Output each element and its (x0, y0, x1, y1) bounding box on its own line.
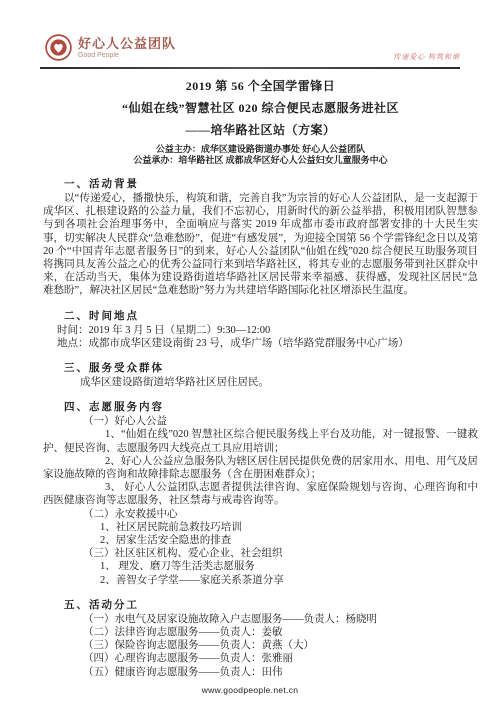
footer-url: www.goodpeople.net.cn (0, 685, 500, 695)
doc-line: （二）永安救援中心 (83, 508, 478, 521)
doc-line: （四）心理咨询志愿服务——负责人：张雅丽 (83, 652, 478, 665)
title-block: 2019 第 56 个全国学雷锋日 “仙姐在线”智慧社区 020 综合便民志愿服… (43, 75, 478, 141)
org-name: 好心人公益团队 Good People (78, 37, 176, 59)
doc-section: 二、时间地点时间：2019 年 3 月 5 日（星期二）9:30—12:00地点… (43, 310, 478, 350)
org-logo: 好心人公益团队 Good People (45, 34, 176, 61)
heart-emblem-icon (45, 34, 72, 61)
doc-line: 地点：成都市成华区建设南街 23 号，成华广场（培华路党群服务中心广场） (57, 337, 478, 350)
doc-line: 以“传递爱心，播撒快乐，构筑和谐，完善自我”为宗旨的好心人公益团队，是一支起源于… (43, 192, 478, 298)
org-name-en: Good People (78, 52, 176, 59)
doc-line: 成华区建设路街道培华路社区居住居民。 (80, 376, 478, 389)
section-heading: 二、时间地点 (64, 310, 478, 324)
header-slogan: 传递爱心 构筑和谐 (393, 52, 460, 62)
organizer-block: 公益主办：成华区建设路街道办事处 好心人公益团队 公益承办：培华路社区 成都成华… (43, 144, 478, 166)
doc-line: （三）社区驻区机构、爱心企业、社会组织 (83, 547, 478, 560)
doc-line: 1、 理发、磨刀等生活类志愿服务 (100, 560, 478, 573)
doc-title-line1: 2019 第 56 个全国学雷锋日 (43, 75, 478, 97)
doc-section: 五、活动分工（一）水电气及居家设施故障入户志愿服务——负责人：杨晓明（二）法律咨… (43, 599, 478, 679)
doc-line: （五）健康咨询志愿服务——负责人：田伟 (83, 666, 478, 679)
organizer-host: 公益主办：成华区建设路街道办事处 好心人公益团队 (43, 144, 478, 155)
doc-line: 1、社区居民院前急救技巧培训 (100, 521, 478, 534)
doc-line: （二）法律咨询志愿服务——负责人：姜敏 (83, 626, 478, 639)
doc-line: 3、 好心人公益团队志愿者提供法律咨询、家庭保险规划与咨询、心理咨询和中西医健康… (43, 481, 478, 507)
document-body: 2019 第 56 个全国学雷锋日 “仙姐在线”智慧社区 020 综合便民志愿服… (0, 69, 500, 677)
doc-line: 2、居家生活安全隐患的排查 (100, 534, 478, 547)
doc-line: （一）水电气及居家设施故障入户志愿服务——负责人：杨晓明 (83, 613, 478, 626)
section-heading: 五、活动分工 (64, 599, 478, 613)
doc-line: 2、善智女子学堂——家庭关系茶道分享 (100, 574, 478, 587)
doc-section: 一、活动背景以“传递爱心，播撒快乐，构筑和谐，完善自我”为宗旨的好心人公益团队，… (43, 178, 478, 298)
sections: 一、活动背景以“传递爱心，播撒快乐，构筑和谐，完善自我”为宗旨的好心人公益团队，… (43, 178, 478, 679)
section-heading: 四、志愿服务内容 (64, 401, 478, 415)
doc-section: 四、志愿服务内容（一）好心人公益1、“仙姐在线”020 智慧社区综合便民服务线上… (43, 401, 478, 587)
doc-title-line2: “仙姐在线”智慧社区 020 综合便民志愿服务进社区 (43, 97, 478, 119)
doc-line: （三）保险咨询志愿服务——负责人：黄燕（大） (83, 639, 478, 652)
doc-title-line3: ——培华路社区站（方案） (43, 119, 478, 141)
page-header: 好心人公益团队 Good People 传递爱心 构筑和谐 (0, 0, 500, 69)
doc-line: 2、好心人公益应急服务队为辖区居住居民提供免费的居家用水、用电、用气及居家设施故… (43, 455, 478, 481)
section-heading: 三、服务受众群体 (64, 362, 478, 376)
document-page: 好心人公益团队 Good People 传递爱心 构筑和谐 2019 第 56 … (0, 0, 500, 707)
section-heading: 一、活动背景 (64, 178, 478, 192)
doc-line: 1、“仙姐在线”020 智慧社区综合便民服务线上平台及功能，对一键报警、一键救护… (43, 428, 478, 454)
doc-line: （一）好心人公益 (83, 415, 478, 428)
org-name-cn: 好心人公益团队 (78, 37, 176, 50)
doc-line: 时间：2019 年 3 月 5 日（星期二）9:30—12:00 (57, 324, 478, 337)
doc-section: 三、服务受众群体成华区建设路街道培华路社区居住居民。 (43, 362, 478, 389)
organizer-undertaker: 公益承办：培华路社区 成都成华区好心人公益妇女儿童服务中心 (43, 155, 478, 166)
